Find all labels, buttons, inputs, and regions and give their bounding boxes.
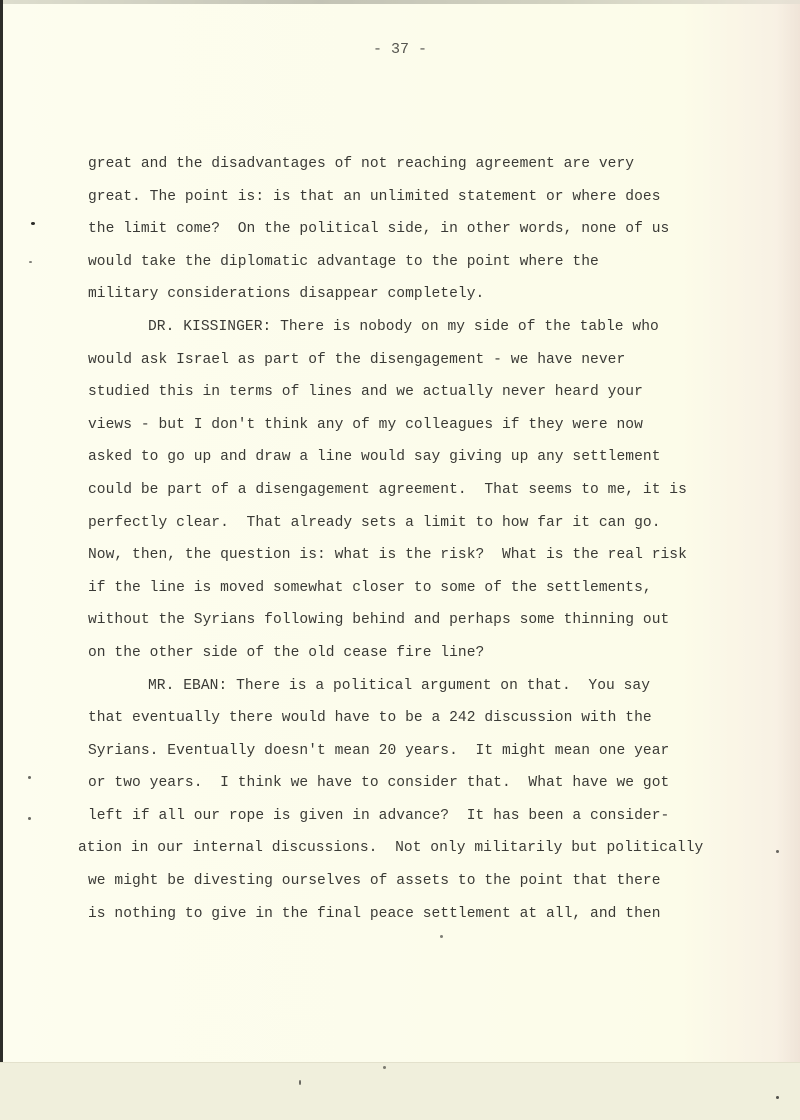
- text-line: Syrians. Eventually doesn't mean 20 year…: [88, 738, 778, 771]
- page-bottom-strip: [0, 1062, 800, 1120]
- text-line: would take the diplomatic advantage to t…: [88, 249, 778, 282]
- scan-speck: [383, 1066, 386, 1069]
- page-left-edge: [0, 0, 3, 1120]
- scan-speck: [776, 850, 779, 853]
- text-line: asked to go up and draw a line would say…: [88, 444, 778, 477]
- text-line: could be part of a disengagement agreeme…: [88, 477, 778, 510]
- text-line: studied this in terms of lines and we ac…: [88, 379, 778, 412]
- speaker-paragraph-eban: MR. EBAN: There is a political argument …: [88, 673, 778, 706]
- text-line: is nothing to give in the final peace se…: [88, 901, 778, 934]
- scanned-page: - 37 - great and the disadvantages of no…: [0, 0, 800, 1120]
- text-line: Now, then, the question is: what is the …: [88, 542, 778, 575]
- text-line: the limit come? On the political side, i…: [88, 216, 778, 249]
- scan-speck: [776, 1096, 779, 1099]
- scan-speck: [28, 817, 31, 820]
- page-top-edge: [0, 0, 800, 4]
- text-line: would ask Israel as part of the disengag…: [88, 347, 778, 380]
- scan-speck: [28, 776, 31, 779]
- text-line: if the line is moved somewhat closer to …: [88, 575, 778, 608]
- text-line: without the Syrians following behind and…: [88, 607, 778, 640]
- scan-speck: [440, 935, 443, 938]
- text-line: or two years. I think we have to conside…: [88, 770, 778, 803]
- text-line: that eventually there would have to be a…: [88, 705, 778, 738]
- text-line: perfectly clear. That already sets a lim…: [88, 510, 778, 543]
- text-line: we might be divesting ourselves of asset…: [88, 868, 778, 901]
- text-line: great and the disadvantages of not reach…: [88, 151, 778, 184]
- speaker-paragraph-kissinger: DR. KISSINGER: There is nobody on my sid…: [88, 314, 778, 347]
- text-line: on the other side of the old cease fire …: [88, 640, 778, 673]
- text-line: views - but I don't think any of my coll…: [88, 412, 778, 445]
- scan-speck: [31, 222, 35, 225]
- text-line: ation in our internal discussions. Not o…: [78, 835, 778, 868]
- scan-speck: [299, 1080, 301, 1085]
- scan-speck: [29, 261, 32, 263]
- text-line: left if all our rope is given in advance…: [88, 803, 778, 836]
- text-line: military considerations disappear comple…: [88, 281, 778, 314]
- text-line: great. The point is: is that an unlimite…: [88, 184, 778, 217]
- page-number: - 37 -: [0, 41, 800, 58]
- transcript-body: great and the disadvantages of not reach…: [88, 151, 778, 933]
